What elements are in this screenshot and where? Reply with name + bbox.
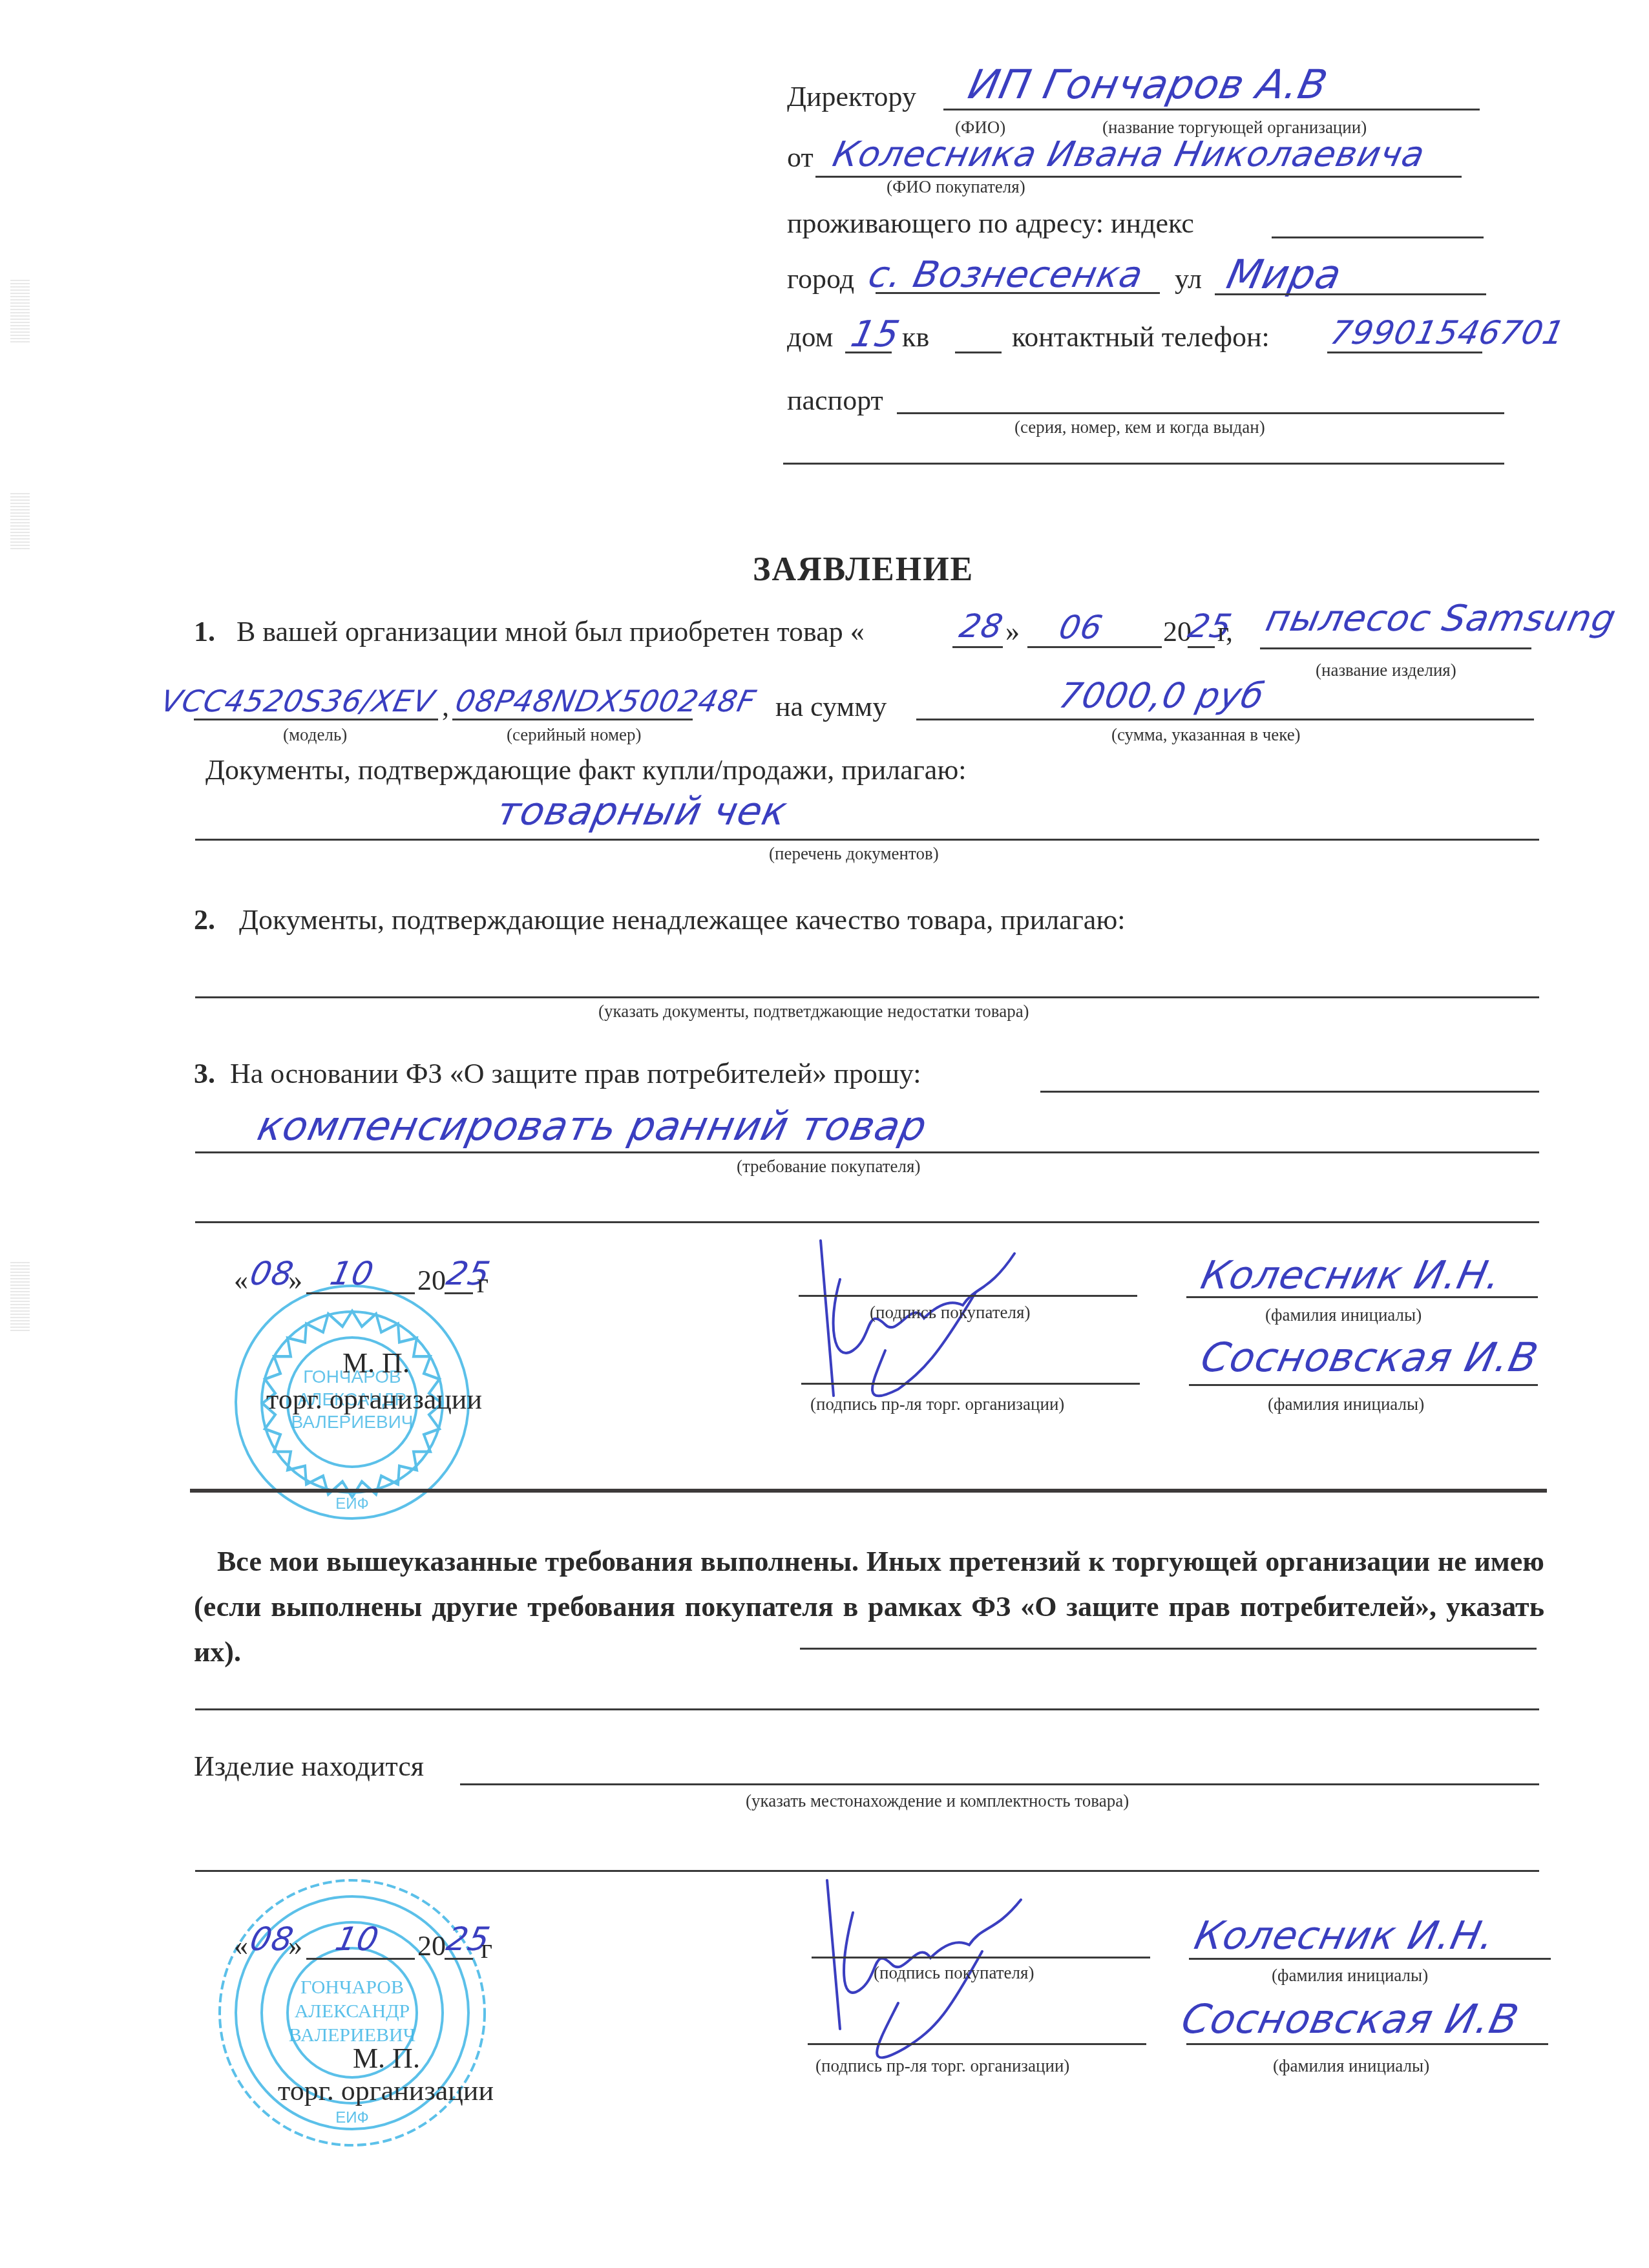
sign1-year-prefix: 20 <box>417 1266 446 1295</box>
passport-underline <box>897 412 1504 414</box>
rep-signature-underline-1 <box>801 1383 1140 1385</box>
sign1-year-underline <box>445 1292 473 1294</box>
house-label: дом <box>787 323 833 352</box>
from-hint: (ФИО покупателя) <box>887 178 1025 196</box>
svg-text:АЛЕКСАНДР: АЛЕКСАНДР <box>295 2000 410 2022</box>
section3-value[interactable]: компенсировать ранний товар <box>254 1106 930 1146</box>
closing-paragraph: Все мои вышеуказанные требования выполне… <box>194 1539 1544 1675</box>
model-underline <box>194 719 438 720</box>
document-title: ЗАЯВЛЕНИЕ <box>753 551 974 589</box>
sign1-rep-hint: (подпись пр-ля торг. организации) <box>810 1396 1064 1413</box>
sign2-rep-name-underline <box>1186 2043 1548 2045</box>
sign2-year-underline <box>445 1958 473 1960</box>
sign1-buyer-name-underline <box>1186 1296 1538 1298</box>
house-value[interactable]: 15 <box>848 317 903 353</box>
apt-label: кв <box>902 323 929 352</box>
sign2-quote-open: « <box>234 1932 248 1960</box>
sign1-quote-open: « <box>234 1266 248 1295</box>
location-hint: (указать местонахождение и комплектность… <box>746 1792 1129 1810</box>
location-underline-2 <box>195 1870 1539 1872</box>
closing-underline-2 <box>195 1708 1539 1710</box>
claim-form-page: Директору ИП Гончаров А.В (ФИО) (названи… <box>0 0 1649 2268</box>
sign2-buyer-hint: (подпись покупателя) <box>874 1964 1034 1982</box>
svg-text:ЕИФ: ЕИФ <box>335 2109 369 2126</box>
passport-hint: (серия, номер, кем и когда выдан) <box>1014 419 1265 436</box>
sign1-rep-name-underline <box>1189 1384 1538 1386</box>
sum-hint: (сумма, указанная в чеке) <box>1111 726 1301 744</box>
section3-underline-2 <box>195 1151 1539 1153</box>
company-stamp-2: ГОНЧАРОВ АЛЕКСАНДР ВАЛЕРИЕВИЧ ЕИФ <box>207 1867 498 2158</box>
section3-number: 3. <box>194 1060 215 1088</box>
sign2-rep-name-hint: (фамилия инициалы) <box>1273 2057 1429 2075</box>
section1-number: 1. <box>194 618 215 646</box>
sign2-mp-org: торг. организации <box>278 2077 494 2105</box>
docs-label: Документы, подтверждающие факт купли/про… <box>205 756 966 784</box>
product-name-hint: (название изделия) <box>1316 662 1456 679</box>
street-underline <box>1215 293 1486 295</box>
closing-underline-1 <box>800 1648 1537 1650</box>
index-underline <box>1272 236 1484 238</box>
street-label: ул <box>1175 265 1202 293</box>
section2-number: 2. <box>194 906 215 934</box>
passport-underline-2 <box>783 463 1504 465</box>
sign1-rep-name-hint: (фамилия инициалы) <box>1268 1396 1424 1413</box>
model-hint: (модель) <box>283 726 347 744</box>
purchase-day-quote-close: » <box>1005 618 1020 646</box>
director-value[interactable]: ИП Гончаров А.В <box>965 65 1331 105</box>
section2-text: Документы, подтверждающие ненадлежащее к… <box>239 906 1126 934</box>
location-label: Изделие находится <box>194 1752 424 1781</box>
sign1-mp-org: торг. организации <box>266 1385 482 1414</box>
section3-underline-1 <box>1040 1091 1539 1093</box>
location-underline <box>460 1783 1539 1785</box>
apt-underline <box>955 352 1002 353</box>
docs-underline <box>195 839 1539 841</box>
house-underline <box>845 352 892 353</box>
sign2-rep-hint: (подпись пр-ля торг. организации) <box>815 2057 1069 2075</box>
purchase-day[interactable]: 28 <box>957 610 1006 642</box>
buyer-signature-underline-2 <box>812 1957 1150 1958</box>
sign2-quote-close: » <box>288 1932 302 1960</box>
section-divider <box>190 1489 1547 1493</box>
buyer-signature-underline-1 <box>799 1295 1137 1297</box>
serial-hint: (серийный номер) <box>507 726 641 744</box>
from-value[interactable]: Колесника Ивана Николаевича <box>830 137 1428 172</box>
purchase-year-label: г, <box>1217 618 1233 646</box>
product-name-underline <box>1260 647 1531 649</box>
address-label: проживающего по адресу: индекс <box>787 209 1194 238</box>
sign1-quote-close: » <box>288 1266 302 1295</box>
sign2-month-underline <box>306 1958 415 1960</box>
sum-value[interactable]: 7000,0 руб <box>1056 678 1267 713</box>
sign2-rep-name[interactable]: Сосновская И.В <box>1178 1999 1522 2039</box>
product-name[interactable]: пылесос Samsung <box>1263 601 1619 637</box>
section3-text: На основании ФЗ «О защите прав потребите… <box>230 1060 921 1088</box>
city-label: город <box>787 265 854 293</box>
scan-artifact <box>10 491 30 549</box>
sign1-month[interactable]: 10 <box>328 1257 377 1290</box>
model-value[interactable]: VCC4520S36/XEV <box>158 686 437 716</box>
phone-value[interactable]: 79901546701 <box>1328 317 1568 349</box>
sign1-month-underline <box>306 1292 415 1294</box>
sign1-rep-name[interactable]: Сосновская И.В <box>1197 1338 1542 1378</box>
sign2-buyer-name[interactable]: Колесник И.Н. <box>1192 1916 1498 1955</box>
model-serial-comma: , <box>442 693 449 721</box>
section2-hint: (указать документы, подтветджающие недос… <box>598 1003 1029 1020</box>
purchase-month[interactable]: 06 <box>1056 611 1106 644</box>
section1-text: В вашей организации мной был приобретен … <box>236 618 865 646</box>
docs-hint: (перечень документов) <box>769 845 939 863</box>
passport-label: паспорт <box>787 386 883 415</box>
sign1-year-label: г <box>477 1269 488 1297</box>
purchase-day-underline <box>952 646 1003 648</box>
city-underline <box>876 292 1160 294</box>
sum-underline <box>916 719 1534 720</box>
sign2-year-label: г <box>481 1935 492 1963</box>
sign1-buyer-hint: (подпись покупателя) <box>870 1304 1030 1321</box>
scan-artifact <box>10 1260 30 1331</box>
svg-text:ГОНЧАРОВ: ГОНЧАРОВ <box>300 1977 404 1998</box>
docs-value[interactable]: товарный чек <box>494 792 791 831</box>
sign1-buyer-name-hint: (фамилия инициалы) <box>1265 1307 1422 1324</box>
section3-underline-3 <box>195 1221 1539 1223</box>
serial-underline <box>452 719 693 720</box>
director-label: Директору <box>787 83 916 111</box>
director-underline <box>943 109 1480 110</box>
street-value[interactable]: Мира <box>1223 255 1345 295</box>
serial-value[interactable]: 08P48NDX500248F <box>453 686 759 716</box>
sign2-month[interactable]: 10 <box>333 1923 382 1955</box>
phone-underline <box>1327 352 1482 353</box>
sign2-buyer-name-underline <box>1189 1958 1551 1960</box>
phone-label: контактный телефон: <box>1012 323 1270 352</box>
purchase-month-underline <box>1027 646 1162 648</box>
sign1-buyer-name[interactable]: Колесник И.Н. <box>1198 1256 1505 1295</box>
section2-underline <box>195 996 1539 998</box>
city-value[interactable]: с. Вознесенка <box>865 257 1146 293</box>
from-label: от <box>787 143 814 172</box>
sign1-mp-label: М. П. <box>342 1349 410 1378</box>
sign2-buyer-name-hint: (фамилия инициалы) <box>1272 1967 1428 1984</box>
svg-text:ЕИФ: ЕИФ <box>335 1495 369 1513</box>
scan-artifact <box>10 278 30 342</box>
sign2-year-prefix: 20 <box>417 1932 446 1960</box>
rep-signature-underline-2 <box>808 2043 1146 2045</box>
section3-hint: (требование покупателя) <box>737 1158 920 1175</box>
sum-label: на сумму <box>775 693 887 721</box>
buyer-signature[interactable] <box>808 1228 1040 1422</box>
sign2-mp-label: М. П. <box>353 2044 420 2073</box>
purchase-year-underline <box>1188 646 1215 648</box>
